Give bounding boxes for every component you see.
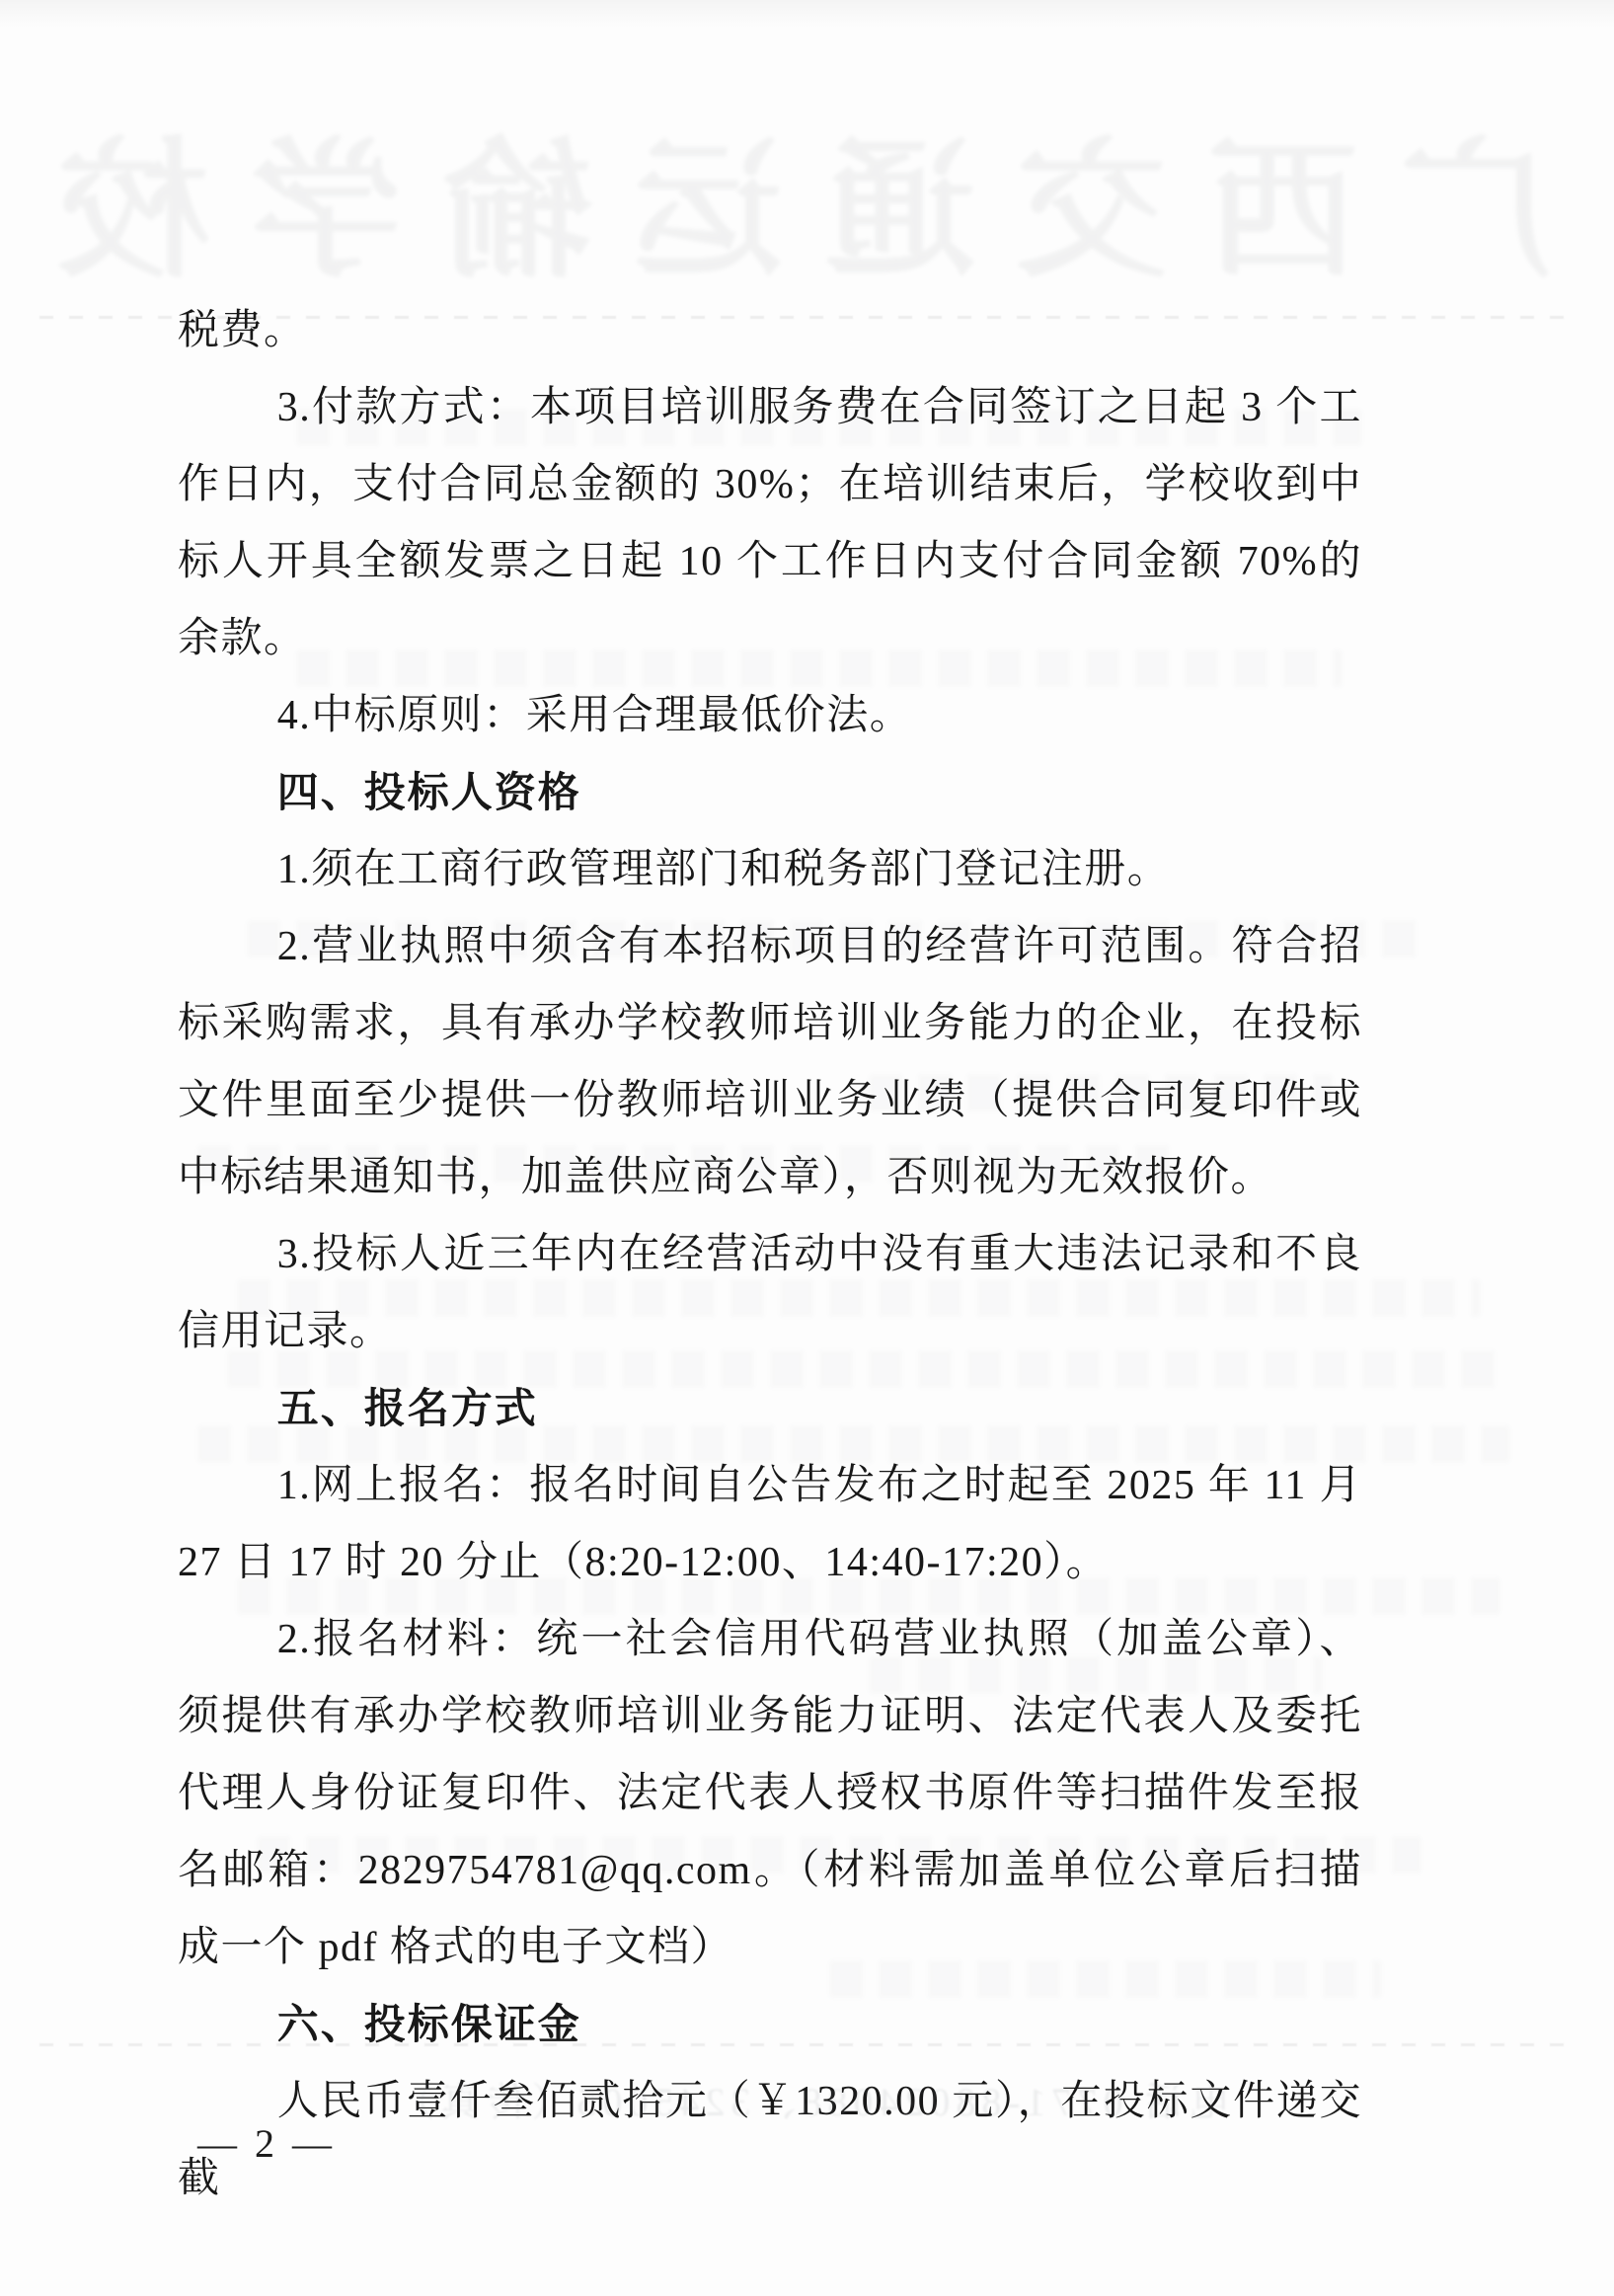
- section-heading-bidder-qualifications: 四、投标人资格: [178, 754, 1362, 831]
- paragraph-credit-record-requirement: 3.投标人近三年内在经营活动中没有重大违法记录和不良信用记录。: [178, 1216, 1362, 1370]
- document-body: 税费。 3.付款方式：本项目培训服务费在合同签订之日起 3 个工作日内，支付合同…: [178, 292, 1362, 2217]
- bleedthrough-footer-contact: 电话 0771-88024088、3245005（传真）: [118, 2071, 1500, 2127]
- paragraph-payment-terms: 3.付款方式：本项目培训服务费在合同签订之日起 3 个工作日内，支付合同总金额的…: [178, 369, 1362, 677]
- scanned-document-page: 广西交通运输学校 税费。 3.付款方式：本项目培训服务费在合同签订之日起 3 个…: [0, 0, 1614, 2296]
- paragraph-business-license-requirement: 2.营业执照中须含有本招标项目的经营许可范围。符合招标采购需求，具有承办学校教师…: [178, 908, 1362, 1216]
- paragraph-registration-requirement: 1.须在工商行政管理部门和税务部门登记注册。: [178, 831, 1362, 908]
- bleedthrough-watermark-title: 广西交通运输学校: [69, 91, 1550, 306]
- paragraph-online-registration: 1.网上报名：报名时间自公告发布之时起至 2025 年 11 月 27 日 17…: [178, 1447, 1362, 1601]
- paragraph-award-principle: 4.中标原则：采用合理最低价法。: [178, 677, 1362, 754]
- section-heading-registration-method: 五、报名方式: [178, 1370, 1362, 1447]
- paragraph-continuation: 税费。: [178, 292, 1362, 369]
- page-number: — 2 —: [197, 2120, 336, 2167]
- section-heading-bid-deposit: 六、投标保证金: [178, 1986, 1362, 2063]
- paragraph-registration-materials: 2.报名材料：统一社会信用代码营业执照（加盖公章）、须提供有承办学校教师培训业务…: [178, 1601, 1362, 1986]
